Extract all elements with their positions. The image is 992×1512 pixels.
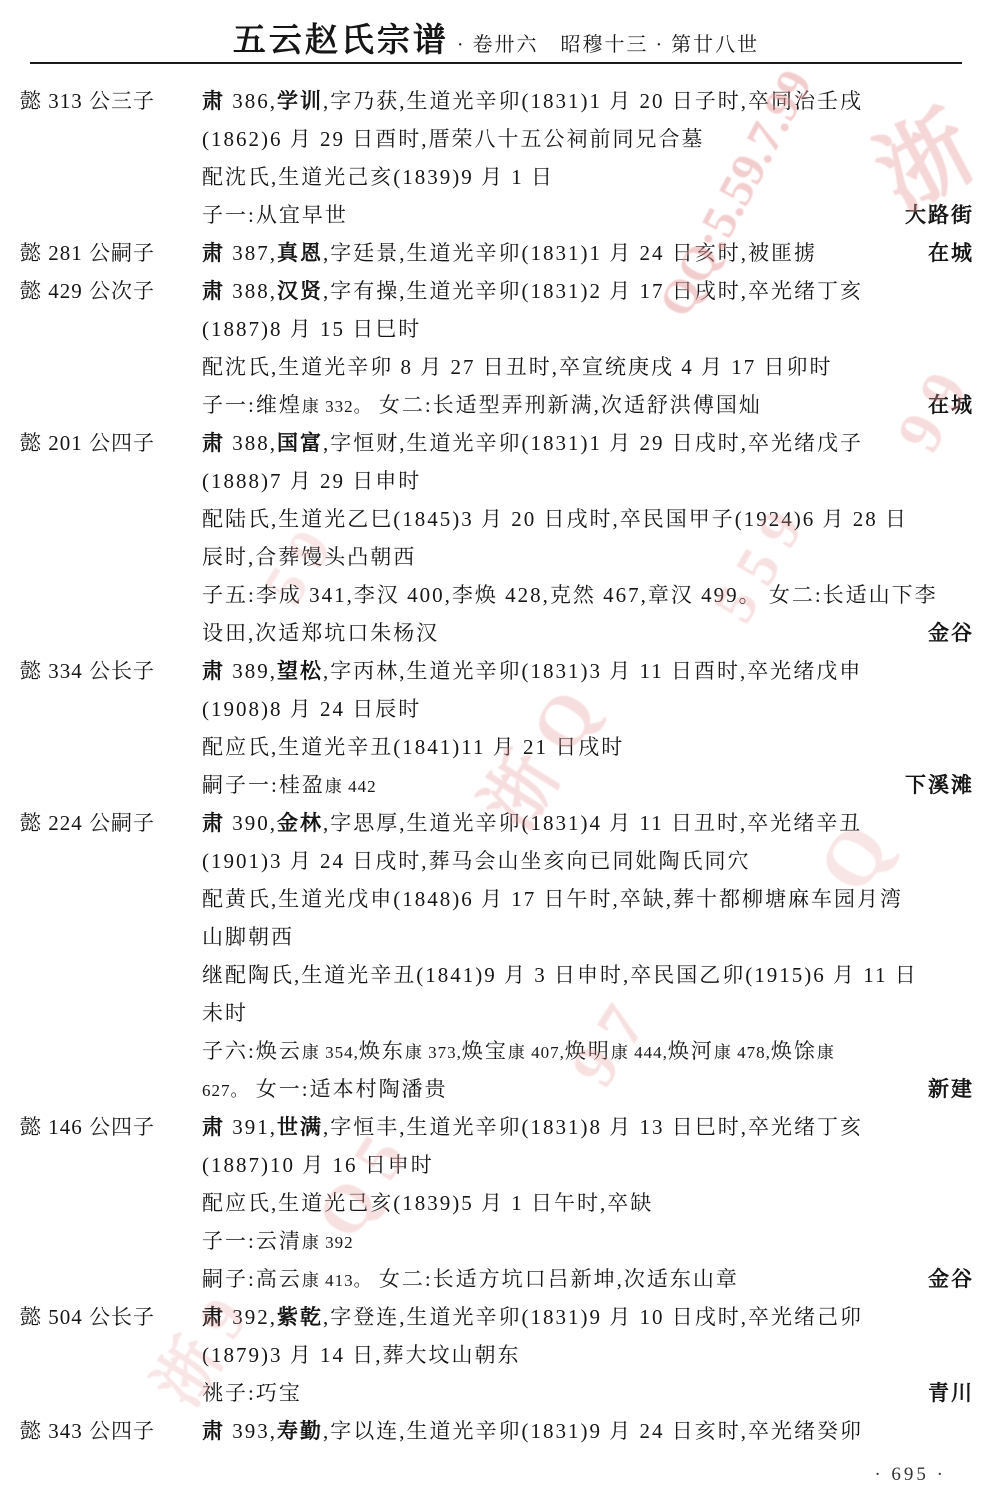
line-text: 祧子:巧宝	[202, 1374, 302, 1412]
entry-line: 肃 388,汉贤,字有操,生道光辛卯(1831)2 月 17 日戌时,卒光绪丁亥	[202, 272, 974, 310]
entry-line: (1901)3 月 24 日戌时,葬马会山坐亥向已同妣陶氏同穴	[202, 842, 974, 880]
entry-line: 肃 390,金林,字思厚,生道光辛卯(1831)4 月 11 日丑时,卒光绪辛丑	[202, 804, 974, 842]
entries: 懿 313 公三子肃 386,学训,字乃获,生道光辛卯(1831)1 月 20 …	[20, 82, 974, 1450]
line-text: 设田,次适郑坑口朱杨汉	[202, 614, 439, 652]
entry-label: 懿 201 公四子	[20, 424, 155, 462]
place-name: 新建	[916, 1070, 974, 1108]
entry-line: (1887)8 月 15 日巳时	[202, 310, 974, 348]
entry-line: 配沈氏,生道光己亥(1839)9 月 1 日	[202, 158, 974, 196]
line-text: (1908)8 月 24 日辰时	[202, 690, 421, 728]
line-text: 配沈氏,生道光己亥(1839)9 月 1 日	[202, 158, 554, 196]
line-text: 子一:从宜早世	[202, 196, 348, 234]
entry-line: 配应氏,生道光己亥(1839)5 月 1 日午时,卒缺	[202, 1184, 974, 1222]
entry-line: (1888)7 月 29 日申时	[202, 462, 974, 500]
entry-line: 627。 女一:适本村陶潘贵新建	[202, 1070, 974, 1108]
line-text: 山脚朝西	[202, 918, 294, 956]
line-text: 肃 388,国富,字恒财,生道光辛卯(1831)1 月 29 日戌时,卒光绪戊子	[202, 424, 863, 462]
entry-line: 嗣子:高云康 413。 女二:长适方坑口吕新坤,次适东山章金谷	[202, 1260, 974, 1298]
entry-label: 懿 334 公长子	[20, 652, 155, 690]
line-text: 肃 386,学训,字乃获,生道光辛卯(1831)1 月 20 日子时,卒同治壬戌	[202, 82, 863, 120]
entry: 懿 343 公四子肃 393,寿勤,字以连,生道光辛卯(1831)9 月 24 …	[20, 1412, 974, 1450]
entry-line: 肃 392,紫乾,字登连,生道光辛卯(1831)9 月 10 日戌时,卒光绪己卯	[202, 1298, 974, 1336]
place-name: 在城	[916, 234, 974, 272]
line-text: 肃 387,真恩,字廷景,生道光辛卯(1831)1 月 24 日亥时,被匪掳	[202, 234, 817, 272]
line-text: (1862)6 月 29 日酉时,厝荣八十五公祠前同兄合墓	[202, 120, 705, 158]
entry-line: 辰时,合葬馒头凸朝西	[202, 538, 974, 576]
entry-line: 配应氏,生道光辛丑(1841)11 月 21 日戌时	[202, 728, 974, 766]
line-text: 嗣子:高云康 413。 女二:长适方坑口吕新坤,次适东山章	[202, 1260, 739, 1300]
line-text: 肃 390,金林,字思厚,生道光辛卯(1831)4 月 11 日丑时,卒光绪辛丑	[202, 804, 862, 842]
line-text: 肃 393,寿勤,字以连,生道光辛卯(1831)9 月 24 日亥时,卒光绪癸卯	[202, 1412, 863, 1450]
entry-line: 肃 389,望松,字丙林,生道光辛卯(1831)3 月 11 日酉时,卒光绪戊申	[202, 652, 974, 690]
page-title: 五云赵氏宗谱	[233, 23, 449, 59]
line-text: 子一:云清康 392	[202, 1222, 354, 1262]
entry-line: 设田,次适郑坑口朱杨汉金谷	[202, 614, 974, 652]
line-text: 配黄氏,生道光戊申(1848)6 月 17 日午时,卒缺,葬十都柳塘麻车园月湾	[202, 880, 903, 918]
line-text: (1879)3 月 14 日,葬大坟山朝东	[202, 1336, 521, 1374]
line-text: 627。 女一:适本村陶潘贵	[202, 1070, 448, 1110]
entry-line: 肃 393,寿勤,字以连,生道光辛卯(1831)9 月 24 日亥时,卒光绪癸卯	[202, 1412, 974, 1450]
line-text: (1888)7 月 29 日申时	[202, 462, 421, 500]
entry-line: (1879)3 月 14 日,葬大坟山朝东	[202, 1336, 974, 1374]
line-text: 嗣子一:桂盈康 442	[202, 766, 377, 806]
entry-line: (1908)8 月 24 日辰时	[202, 690, 974, 728]
entry-line: 祧子:巧宝青川	[202, 1374, 974, 1412]
entry: 懿 429 公次子肃 388,汉贤,字有操,生道光辛卯(1831)2 月 17 …	[20, 272, 974, 424]
entry-label: 懿 343 公四子	[20, 1412, 155, 1450]
line-text: 子一:维煌康 332。 女二:长适型弄刑新满,次适舒洪傅国灿	[202, 386, 762, 426]
entry: 懿 313 公三子肃 386,学训,字乃获,生道光辛卯(1831)1 月 20 …	[20, 82, 974, 234]
entry-line: 子五:李成 341,李汉 400,李焕 428,克然 467,章汉 499。 女…	[202, 576, 974, 614]
place-name: 金谷	[916, 1260, 974, 1298]
line-text: 子六:焕云康 354,焕东康 373,焕宝康 407,焕明康 444,焕河康 4…	[202, 1032, 835, 1072]
line-text: 配应氏,生道光己亥(1839)5 月 1 日午时,卒缺	[202, 1184, 653, 1222]
entry: 懿 146 公四子肃 391,世满,字恒丰,生道光辛卯(1831)8 月 13 …	[20, 1108, 974, 1298]
line-text: 肃 391,世满,字恒丰,生道光辛卯(1831)8 月 13 日巳时,卒光绪丁亥	[202, 1108, 863, 1146]
place-name: 下溪滩	[893, 766, 974, 804]
entry-line: 子六:焕云康 354,焕东康 373,焕宝康 407,焕明康 444,焕河康 4…	[202, 1032, 974, 1070]
page-number: · 695 ·	[874, 1464, 946, 1486]
entry-line: 肃 386,学训,字乃获,生道光辛卯(1831)1 月 20 日子时,卒同治壬戌	[202, 82, 974, 120]
line-text: 配沈氏,生道光辛卯 8 月 27 日丑时,卒宣统庚戌 4 月 17 日卯时	[202, 348, 833, 386]
entry-label: 懿 429 公次子	[20, 272, 155, 310]
entry-line: 山脚朝西	[202, 918, 974, 956]
entry-line: 子一:从宜早世大路街	[202, 196, 974, 234]
entry-line: (1887)10 月 16 日申时	[202, 1146, 974, 1184]
entry: 懿 224 公嗣子肃 390,金林,字思厚,生道光辛卯(1831)4 月 11 …	[20, 804, 974, 1108]
entry-line: 配黄氏,生道光戊申(1848)6 月 17 日午时,卒缺,葬十都柳塘麻车园月湾	[202, 880, 974, 918]
entry-label: 懿 224 公嗣子	[20, 804, 155, 842]
entry-line: 子一:云清康 392	[202, 1222, 974, 1260]
entry-line: 嗣子一:桂盈康 442下溪滩	[202, 766, 974, 804]
entry-line: 配沈氏,生道光辛卯 8 月 27 日丑时,卒宣统庚戌 4 月 17 日卯时	[202, 348, 974, 386]
page-header: 五云赵氏宗谱· 卷卅六 昭穆十三 · 第廿八世	[0, 14, 992, 61]
volume-section-label: · 卷卅六 昭穆十三 · 第廿八世	[457, 34, 759, 56]
place-name: 在城	[916, 386, 974, 424]
line-text: 肃 392,紫乾,字登连,生道光辛卯(1831)9 月 10 日戌时,卒光绪己卯	[202, 1298, 863, 1336]
line-text: 继配陶氏,生道光辛丑(1841)9 月 3 日申时,卒民国乙卯(1915)6 月…	[202, 956, 918, 994]
entry-line: 肃 391,世满,字恒丰,生道光辛卯(1831)8 月 13 日巳时,卒光绪丁亥	[202, 1108, 974, 1146]
place-name: 青川	[916, 1374, 974, 1412]
entry-line: 继配陶氏,生道光辛丑(1841)9 月 3 日申时,卒民国乙卯(1915)6 月…	[202, 956, 974, 994]
entry-label: 懿 146 公四子	[20, 1108, 155, 1146]
genealogy-page: 浙QQ:5.59.7.999 95 5 9浙 QQ9 7Q 5浙 95 9 五云…	[0, 0, 992, 1512]
entry-line: 肃 387,真恩,字廷景,生道光辛卯(1831)1 月 24 日亥时,被匪掳在城	[202, 234, 974, 272]
header-divider	[30, 62, 962, 64]
entry-line: 未时	[202, 994, 974, 1032]
line-text: 肃 388,汉贤,字有操,生道光辛卯(1831)2 月 17 日戌时,卒光绪丁亥	[202, 272, 863, 310]
place-name: 金谷	[916, 614, 974, 652]
entry-line: 肃 388,国富,字恒财,生道光辛卯(1831)1 月 29 日戌时,卒光绪戊子	[202, 424, 974, 462]
entry-line: 子一:维煌康 332。 女二:长适型弄刑新满,次适舒洪傅国灿在城	[202, 386, 974, 424]
line-text: 配陆氏,生道光乙巳(1845)3 月 20 日戌时,卒民国甲子(1924)6 月…	[202, 500, 908, 538]
line-text: (1901)3 月 24 日戌时,葬马会山坐亥向已同妣陶氏同穴	[202, 842, 751, 880]
entry: 懿 281 公嗣子肃 387,真恩,字廷景,生道光辛卯(1831)1 月 24 …	[20, 234, 974, 272]
entry: 懿 334 公长子肃 389,望松,字丙林,生道光辛卯(1831)3 月 11 …	[20, 652, 974, 804]
line-text: 未时	[202, 994, 248, 1032]
entry-label: 懿 504 公长子	[20, 1298, 155, 1336]
entry-line: (1862)6 月 29 日酉时,厝荣八十五公祠前同兄合墓	[202, 120, 974, 158]
line-text: 辰时,合葬馒头凸朝西	[202, 538, 416, 576]
entry: 懿 201 公四子肃 388,国富,字恒财,生道光辛卯(1831)1 月 29 …	[20, 424, 974, 652]
entry-label: 懿 313 公三子	[20, 82, 155, 120]
line-text: 子五:李成 341,李汉 400,李焕 428,克然 467,章汉 499。 女…	[202, 576, 938, 614]
entry-line: 配陆氏,生道光乙巳(1845)3 月 20 日戌时,卒民国甲子(1924)6 月…	[202, 500, 974, 538]
line-text: (1887)8 月 15 日巳时	[202, 310, 421, 348]
line-text: 肃 389,望松,字丙林,生道光辛卯(1831)3 月 11 日酉时,卒光绪戊申	[202, 652, 862, 690]
line-text: (1887)10 月 16 日申时	[202, 1146, 434, 1184]
entry-label: 懿 281 公嗣子	[20, 234, 155, 272]
place-name: 大路街	[893, 196, 974, 234]
entry: 懿 504 公长子肃 392,紫乾,字登连,生道光辛卯(1831)9 月 10 …	[20, 1298, 974, 1412]
line-text: 配应氏,生道光辛丑(1841)11 月 21 日戌时	[202, 728, 624, 766]
